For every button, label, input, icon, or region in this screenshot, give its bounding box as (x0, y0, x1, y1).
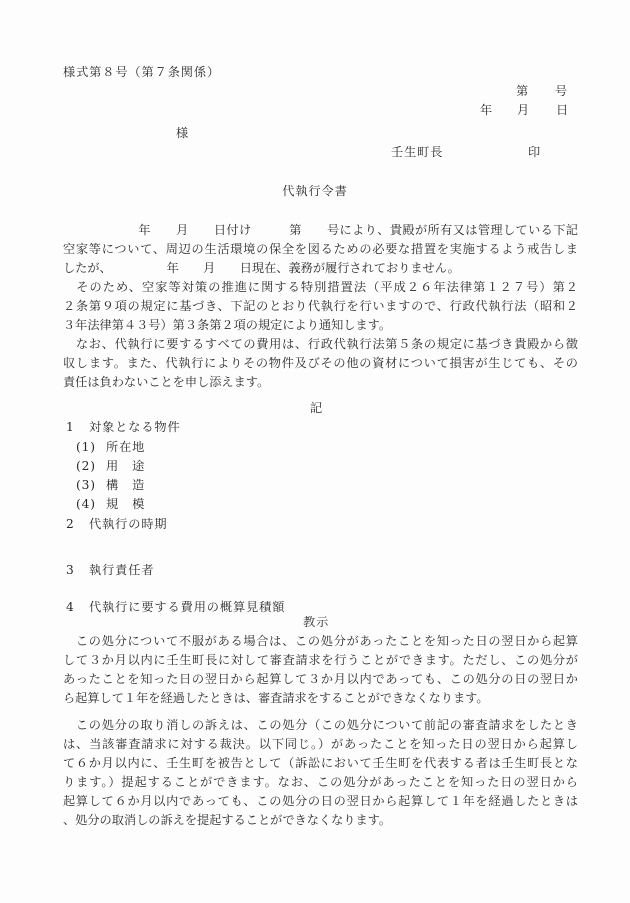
instruction-p2-line3: て６か月以内に、壬生町を被告として（訴訟において壬生町を代表する者は壬生町長とな (63, 754, 578, 773)
item-number: 1 (66, 418, 75, 437)
instruction-heading: 教示 (303, 613, 329, 632)
sub-item-number: (3) (76, 476, 96, 495)
item-label: 代執行の時期 (89, 515, 168, 534)
date-day: 日 (556, 101, 569, 120)
ki-heading: 記 (310, 399, 323, 418)
body-p1-line2: 空家等について、周辺の生活環境の保全を図るための必要な措置を実施するよう戒告しま (63, 240, 578, 259)
body-p3-line2: 収します。また、代執行によりその物件及びその他の資材について損害が生じても、その (63, 354, 578, 373)
sub-item-label: 所在地 (106, 438, 145, 457)
body-p2-line2: ２条第９項の規定に基づき、下記のとおり代執行を行いますので、行政代執行法（昭和２ (63, 297, 578, 316)
document-title: 代執行令書 (0, 182, 630, 201)
sub-item-number: (2) (76, 457, 96, 476)
body-p3-line1: なお、代執行に要するすべての費用は、行政代執行法第５条の規定に基づき貴殿から徴 (63, 335, 578, 354)
instruction-p1-line3: あったことを知った日の翌日から起算して３か月以内であっても、この処分の日の翌日か (63, 670, 578, 689)
issuer-name: 壬生町長 (391, 143, 443, 162)
body-p2-line1: そのため、空家等対策の推進に関する特別措置法（平成２６年法律第１２７号）第２ (63, 278, 578, 297)
addressee-suffix: 様 (176, 124, 189, 143)
seal-mark: 印 (528, 143, 541, 162)
sub-item-number: (1) (76, 438, 96, 457)
instruction-p1-line2: して３か月以内に壬生町長に対して審査請求を行うことができます。ただし、この処分が (63, 651, 578, 670)
instruction-p1-line4: ら起算して１年を経過したときは、審査請求をすることができなくなります。 (63, 689, 578, 708)
instruction-p2-line5: 起算して６か月以内であっても、この処分の日の翌日から起算して１年を経過したときは (63, 792, 578, 811)
doc-number-prefix: 第 (516, 82, 529, 101)
instruction-p2-line2: は、当該審査請求に対する裁決。以下同じ。）があったことを知った日の翌日から起算し (63, 735, 578, 754)
instruction-p2-line4: ります。）提起することができます。なお、この処分があったことを知った日の翌日から (63, 773, 578, 792)
item-label: 代執行に要する費用の概算見積額 (89, 598, 285, 617)
body-p1-line3: したが、 年 月 日現在、義務が履行されておりません。 (63, 259, 578, 278)
date-year: 年 (480, 101, 493, 120)
item-label: 対象となる物件 (89, 418, 181, 437)
sub-item-label: 用 途 (106, 457, 145, 476)
document-page: 様式第８号（第７条関係） 第 号 年 月 日 様 壬生町長 印 代執行令書 年 … (0, 0, 630, 903)
instruction-p2-line6: 、処分の取消しの訴えを提起することができなくなります。 (63, 811, 578, 830)
body-p3-line3: 責任は負わないことを申し添えます。 (63, 373, 578, 392)
body-p1-line1: 年 月 日付け 第 号により、貴殿が所有又は管理している下記 (63, 221, 578, 240)
item-number: 4 (66, 598, 75, 617)
sub-item-label: 規 模 (106, 495, 145, 514)
sub-item-number: (4) (76, 495, 96, 514)
date-month: 月 (517, 101, 530, 120)
instruction-p2-line1: この処分の取り消しの訴えは、この処分（この処分について前記の審査請求をしたとき (63, 716, 578, 735)
item-number: 2 (66, 515, 75, 534)
instruction-p1-line1: この処分について不服がある場合は、この処分があったことを知った日の翌日から起算 (63, 632, 578, 651)
doc-number-suffix: 号 (555, 82, 568, 101)
form-number: 様式第８号（第７条関係） (63, 63, 220, 82)
item-number: 3 (66, 561, 75, 580)
item-label: 執行責任者 (89, 561, 154, 580)
body-p2-line3: ３年法律第４３号）第３条第２項の規定により通知します。 (63, 316, 578, 335)
sub-item-label: 構 造 (106, 476, 145, 495)
